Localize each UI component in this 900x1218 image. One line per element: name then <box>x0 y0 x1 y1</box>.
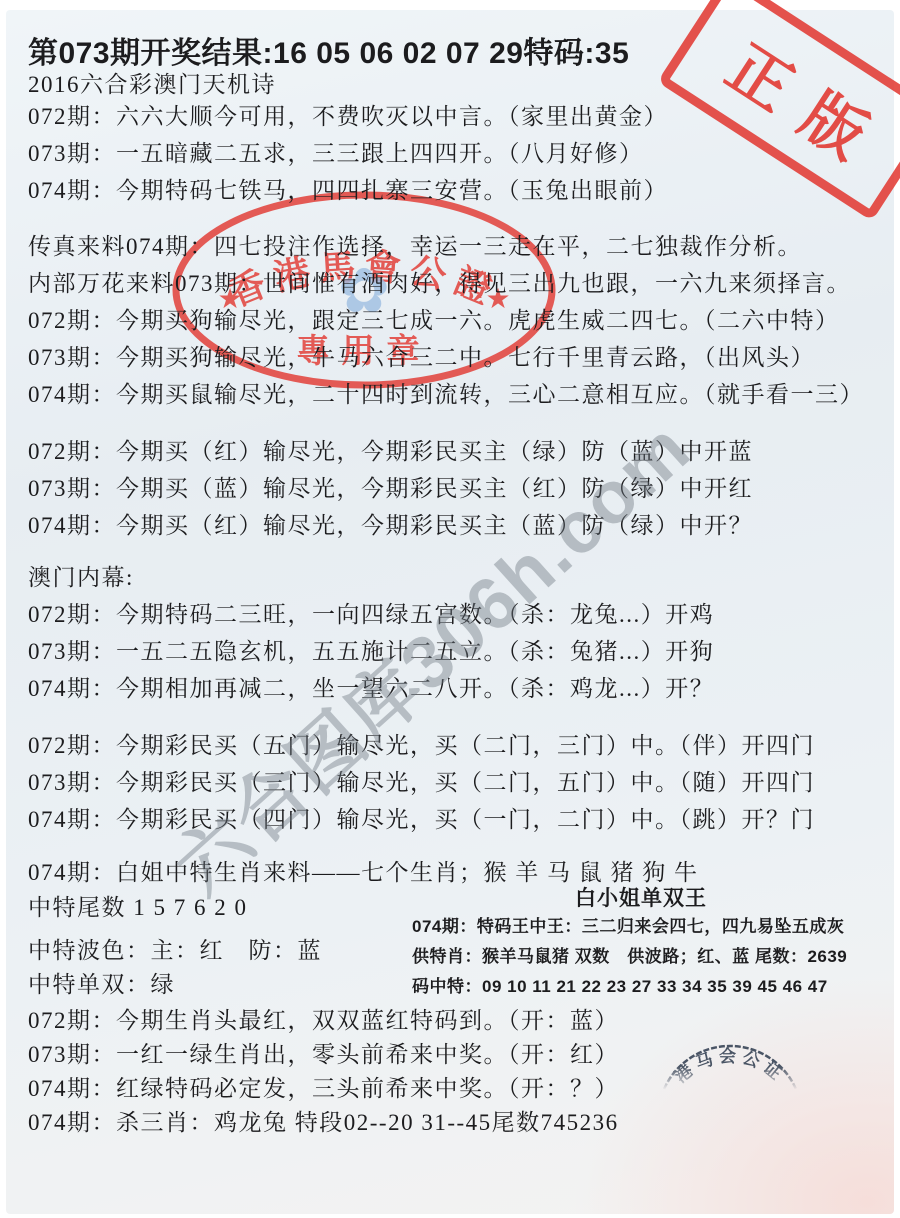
baixiaojie-title: 白小姐单双王 <box>575 882 707 912</box>
bottom-line: 074期：红绿特码必定发，三头前希来中奖。（开：？） <box>28 1074 619 1104</box>
baixiaojie-line: 码中特：09 10 11 21 22 23 27 33 34 35 39 45 … <box>412 972 828 997</box>
draw-result-header: 第073期开奖结果:16 05 06 02 07 29特码:35 <box>28 28 629 72</box>
fax-line: 072期：今期买狗输尽光，跟定三七成一六。虎虎生威二四七。（二六中特） <box>28 306 840 336</box>
baixiaojie-line: 074期：特码王中王：三二归来会四七，四九易坠五成灰 <box>412 912 844 937</box>
poem-title: 2016六合彩澳门天机诗 <box>28 70 276 100</box>
poem-line: 073期：一五暗藏二五求，三三跟上四四开。（八月好修） <box>28 139 644 169</box>
bottom-line: 073期：一红一绿生肖出，零头前希来中奖。（开：红） <box>28 1040 619 1070</box>
poem-line: 074期：今期特码七铁马，四四扎寨三安营。（玉兔出眼前） <box>28 176 668 206</box>
poem-line: 072期：六六大顺今可用，不费吹灭以中言。（家里出黄金） <box>28 102 668 132</box>
stat-odd-even: 中特单双：绿 <box>28 970 175 1000</box>
color-tip-line: 072期：今期买（红）输尽光，今期彩民买主（绿）防（蓝）中开蓝 <box>28 437 753 467</box>
door-line: 073期：今期彩民买（三门）输尽光，买（二门，五门）中。（随）开四门 <box>28 768 815 798</box>
color-tip-line: 073期：今期买（蓝）输尽光，今期彩民买主（红）防（绿）中开红 <box>28 474 753 504</box>
baixiaojie-line: 供特肖：猴羊马鼠猪 双数 供波路；红、蓝 尾数：2639 <box>412 942 847 967</box>
bottom-line: 072期：今期生肖头最红，双双蓝红特码到。（开：蓝） <box>28 1006 619 1036</box>
macau-line: 073期：一五二五隐玄机，五五施计二五立。（杀：兔猪...）开狗 <box>28 637 714 667</box>
notary-arc-text: 港马会公证 <box>671 1046 788 1087</box>
fax-line: 内部万花来料073期：世间惟有酒肉好，得见三出九也跟，一六九来须择言。 <box>28 269 851 299</box>
notary-circle-stamp: 港马会公证 ▲ <box>640 1038 820 1090</box>
fax-line: 传真来料074期：四七投注作选择，幸运一三走在平，二七独裁作分析。 <box>28 232 802 262</box>
door-line: 072期：今期彩民买（五门）输尽光，买（二门，三门）中。（伴）开四门 <box>28 731 815 761</box>
stat-tail-numbers: 中特尾数 1 5 7 6 2 0 <box>28 893 248 923</box>
color-tip-line: 074期：今期买（红）输尽光，今期彩民买主（蓝）防（绿）中开？ <box>28 511 753 541</box>
bottom-line: 074期：杀三肖：鸡龙兔 特段02--20 31--45尾数745236 <box>28 1108 619 1138</box>
macau-line: 074期：今期相加再减二，坐一望六二八开。（杀：鸡龙...）开？ <box>28 674 714 704</box>
macau-title: 澳门内幕: <box>28 563 134 593</box>
fax-line: 074期：今期买鼠输尽光，二十四时到流转，三心二意相互应。（就手看一三） <box>28 380 864 410</box>
fax-line: 073期：今期买狗输尽光，牛马六合三二中。七行千里青云路，（出风头） <box>28 343 815 373</box>
door-line: 074期：今期彩民买（四门）输尽光，买（一门，二门）中。（跳）开？门 <box>28 805 815 835</box>
lottery-tip-sheet: 第073期开奖结果:16 05 06 02 07 29特码:35 2016六合彩… <box>0 0 900 1218</box>
stat-wave-color: 中特波色：主：红 防：蓝 <box>28 936 322 966</box>
macau-line: 072期：今期特码二三旺，一向四绿五宫数。（杀：龙兔...）开鸡 <box>28 600 714 630</box>
svg-text:港马会公证: 港马会公证 <box>671 1046 788 1087</box>
